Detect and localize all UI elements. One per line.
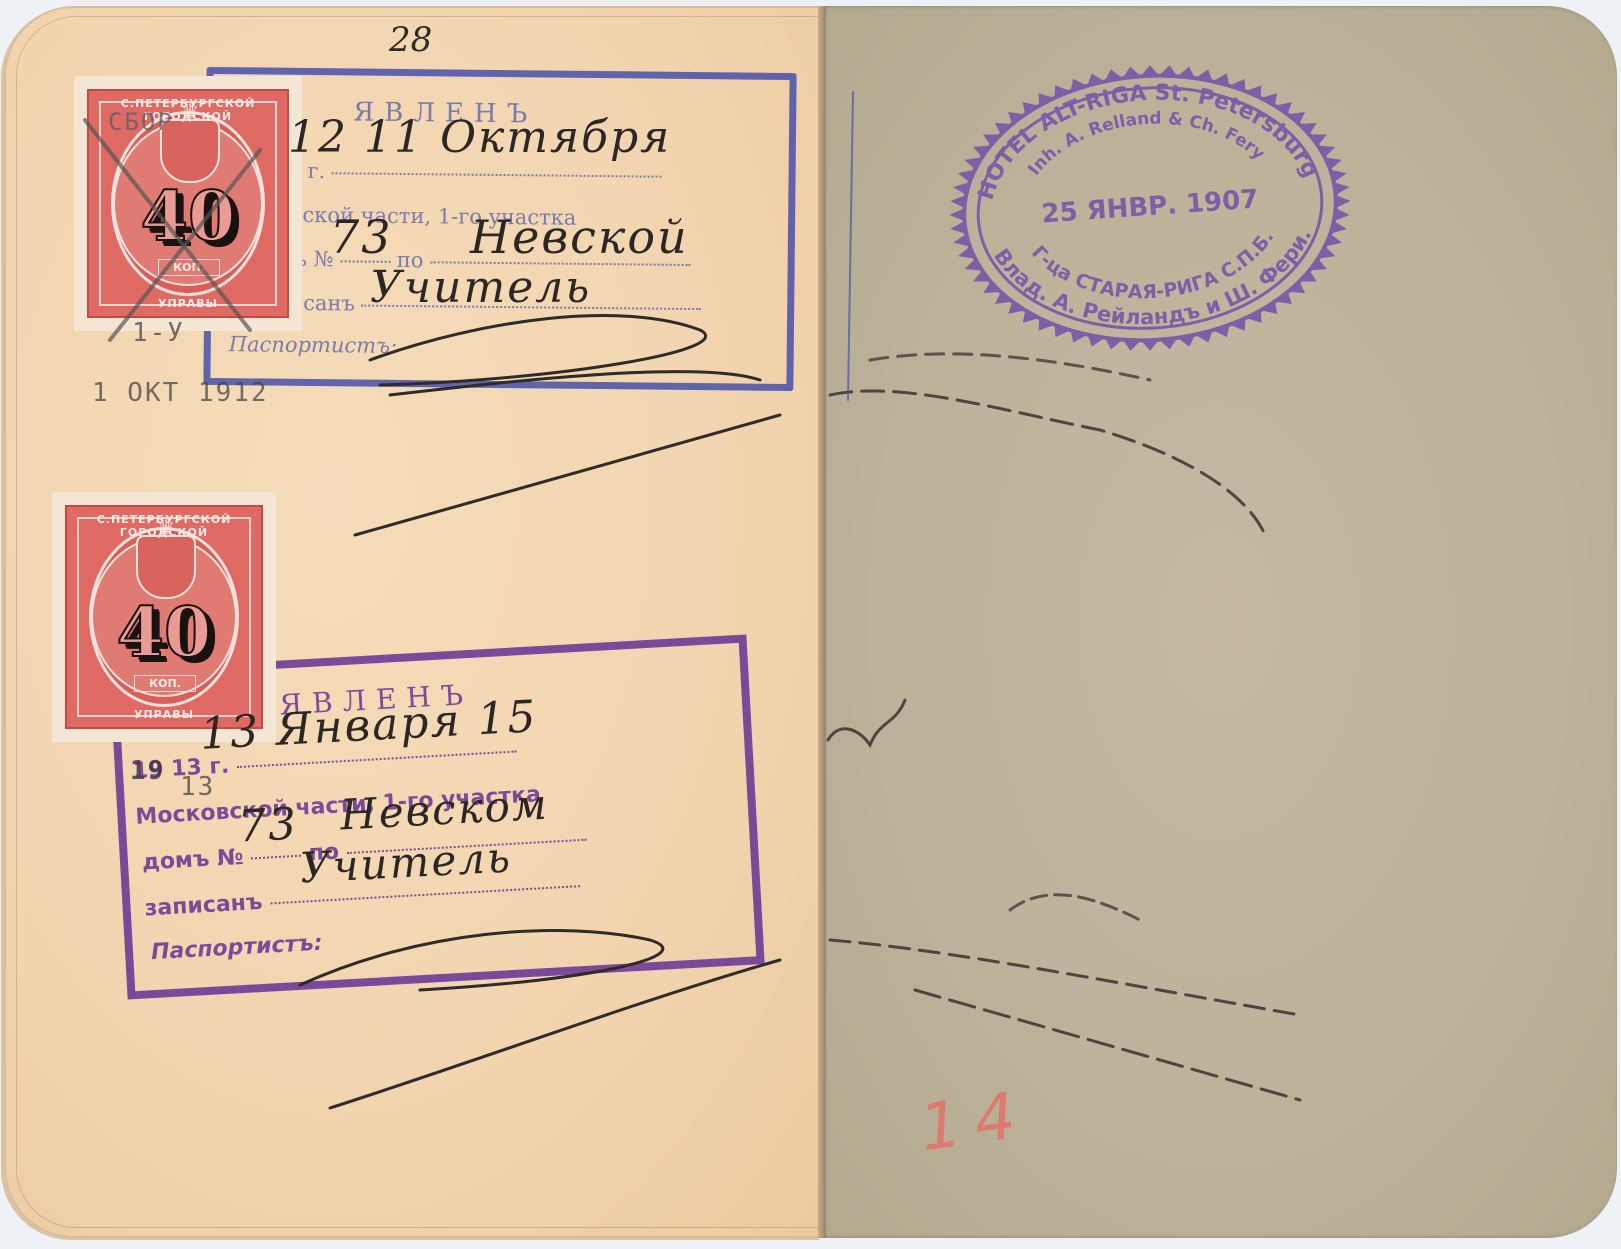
- handwritten-house-number: 73: [330, 210, 393, 264]
- postmark-text: СБОР: [108, 108, 174, 136]
- postmark-text: 13: [180, 772, 215, 802]
- postmark-text: 1-У: [132, 318, 185, 348]
- stamp-unit: КОП.: [158, 259, 220, 276]
- handwritten-occupation: Учитель: [370, 262, 591, 313]
- book-spine-gutter: [818, 6, 826, 1238]
- handwritten-date: 12 11 Октября: [288, 112, 671, 163]
- registration-date-line: г.: [307, 159, 662, 187]
- stamp-value: 40: [67, 599, 261, 667]
- coat-of-arms-icon: [136, 535, 196, 599]
- registration-passport-officer-line: Паспортистъ:: [150, 931, 323, 966]
- stamp-unit: КОП.: [134, 675, 196, 692]
- postmark-text: 19: [130, 756, 165, 786]
- stamp-ring-text: УПРАВЫ: [89, 297, 287, 310]
- stamp-value: 40: [89, 183, 287, 251]
- stamp-ring-text: С.ПЕТЕРБУРГСКОЙ ГОРОДСКОЙ: [67, 513, 261, 539]
- revenue-stamp-2: С.ПЕТЕРБУРГСКОЙ ГОРОДСКОЙ 40 КОП. УПРАВЫ: [52, 492, 276, 742]
- registration-passport-officer-line: Паспортистъ:: [229, 332, 398, 358]
- page-number: 28: [389, 20, 432, 60]
- hotel-stamp: HOTEL ALT-RIGA St. Petersburg Inh. A. Re…: [940, 48, 1359, 367]
- handwritten-house-number: 73: [237, 798, 300, 852]
- pencil-page-mark: 14: [915, 1078, 1034, 1167]
- postmark-date: 1 ОКТ 1912: [92, 378, 269, 408]
- handwritten-street: Невской: [470, 210, 689, 264]
